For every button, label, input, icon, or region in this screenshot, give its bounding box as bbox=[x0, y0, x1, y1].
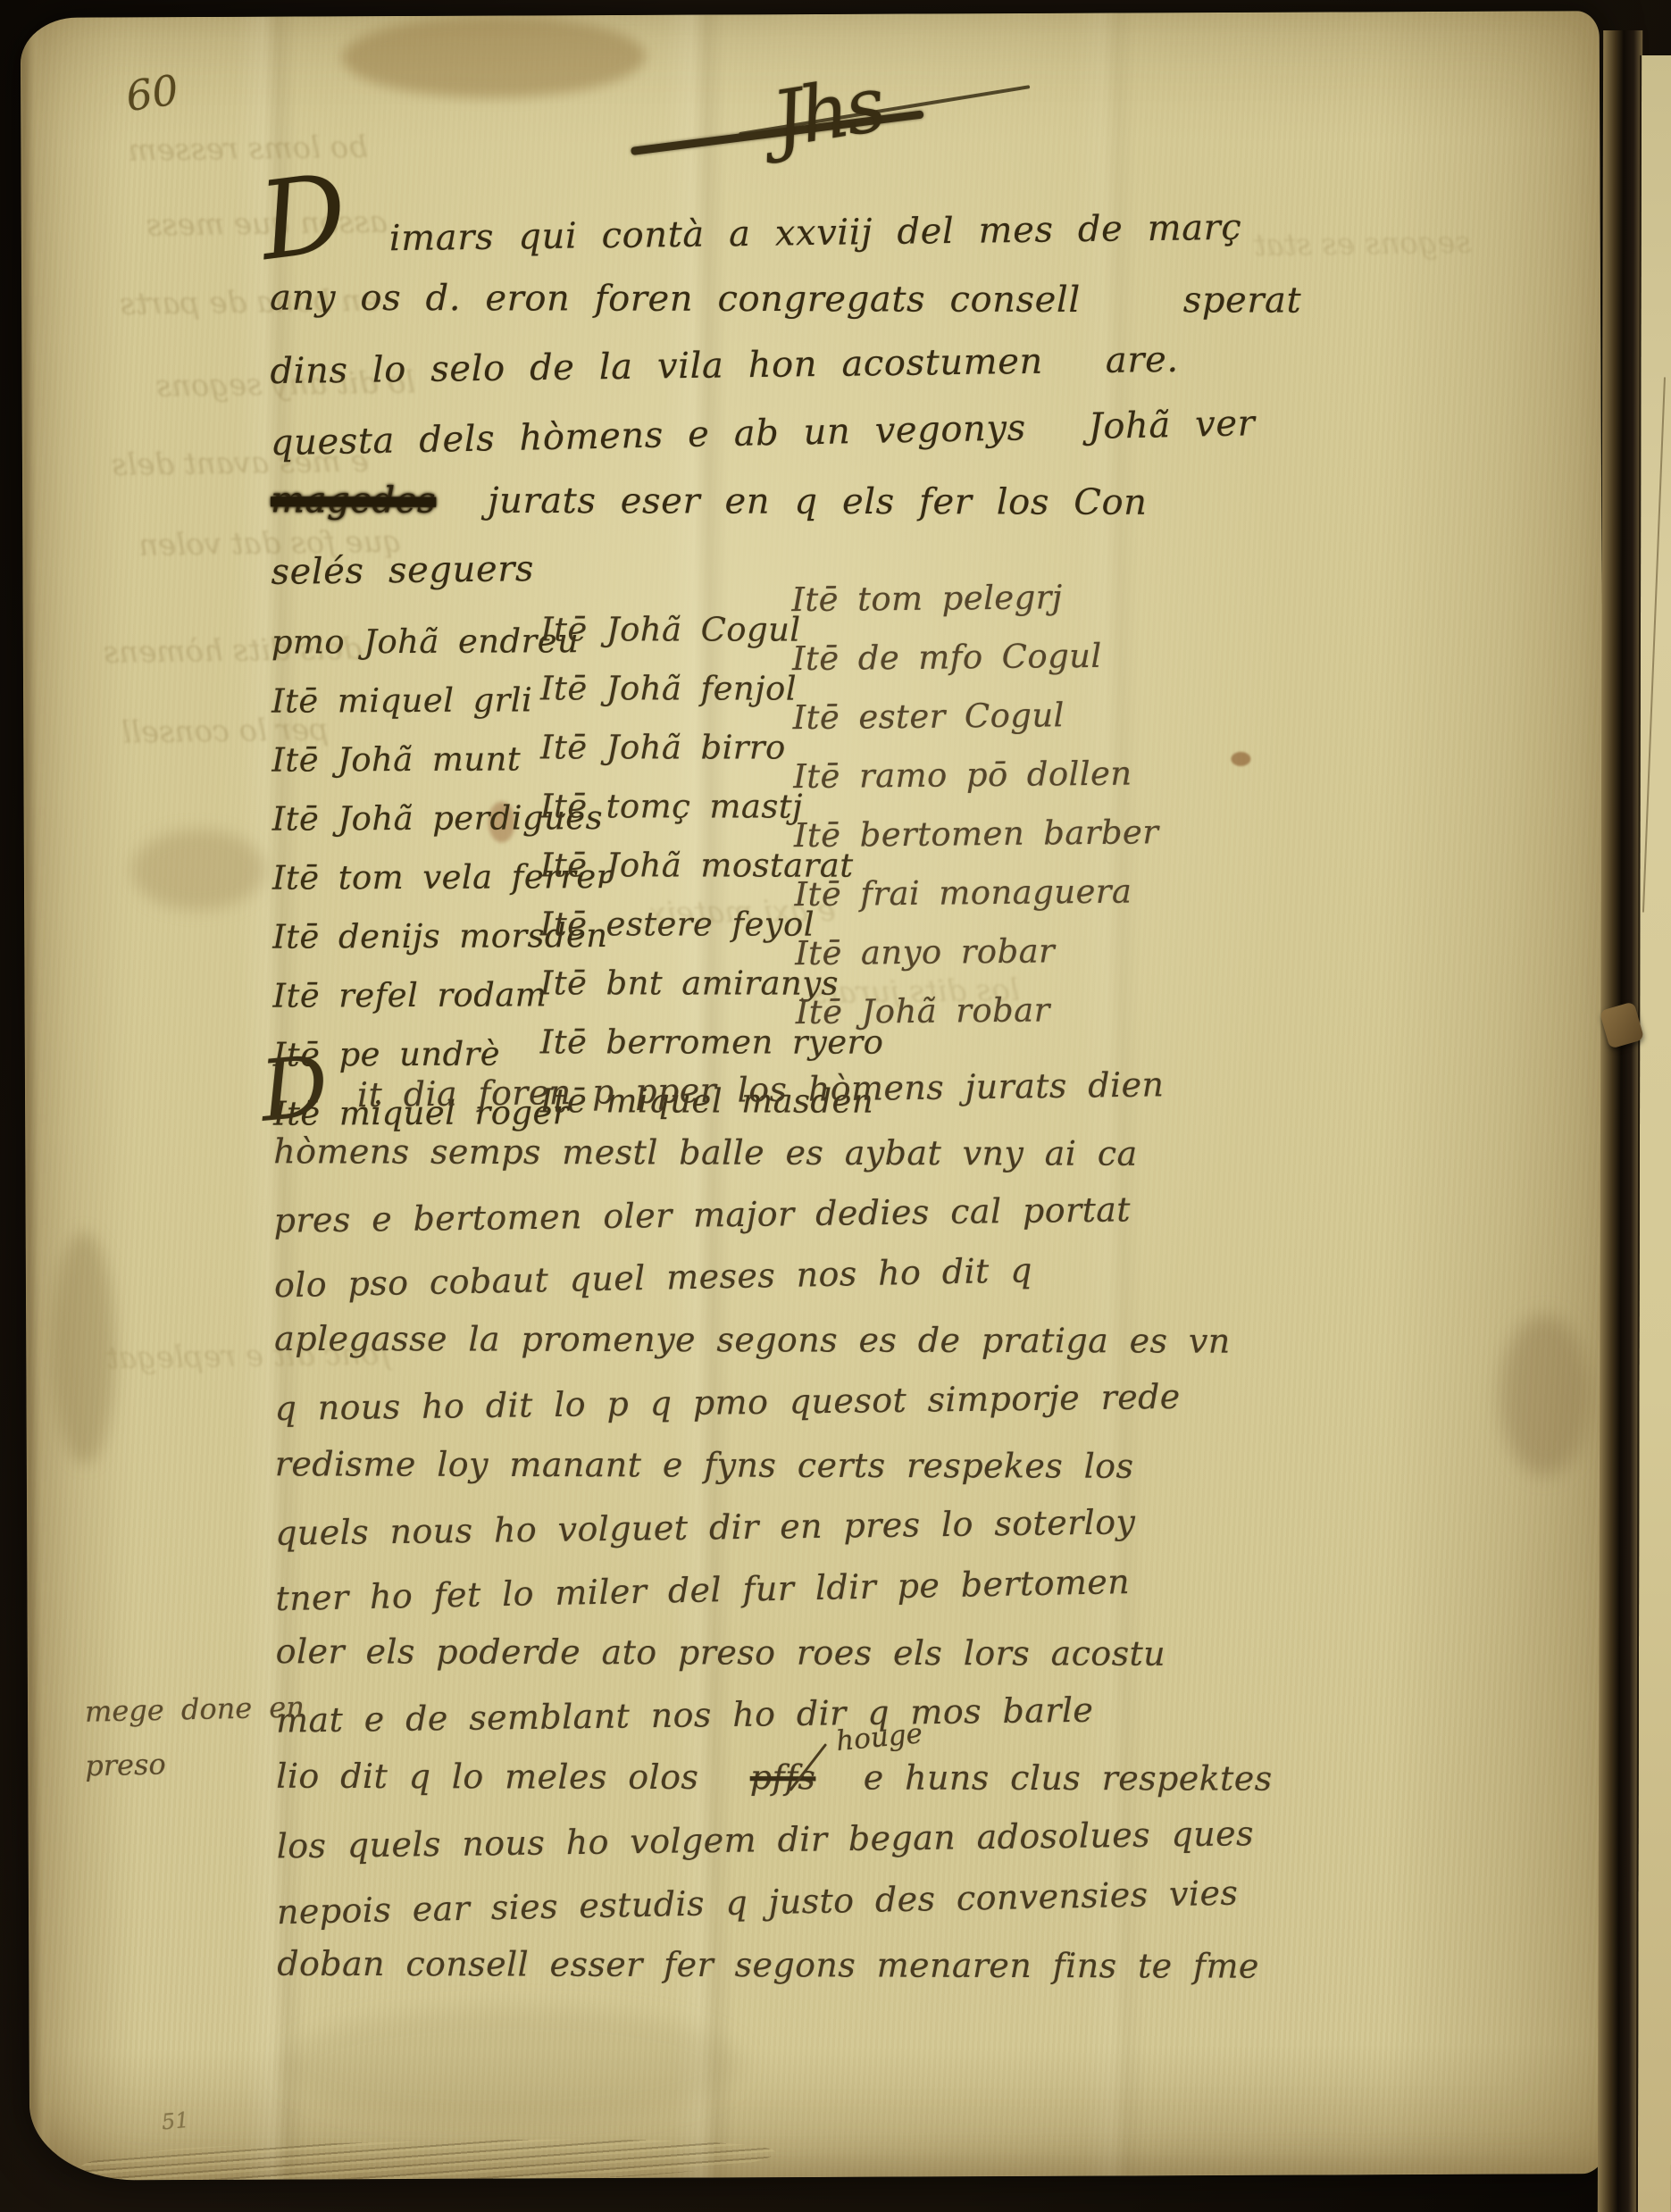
text-run: sperat bbox=[1183, 280, 1302, 321]
text-line: q nous ho dit lo p q pmo quesot simporje… bbox=[274, 1377, 1181, 1428]
list-item: Itē ester Cogul bbox=[792, 685, 1157, 747]
text-run: Johã ver bbox=[1088, 403, 1256, 447]
text-run: are. bbox=[1106, 339, 1179, 381]
stain bbox=[279, 2006, 744, 2124]
paragraph-1: D imars qui contà a xxviij del mes de ma… bbox=[21, 11, 1600, 18]
struck-word: magedes bbox=[271, 480, 436, 521]
list-item: Itē de mfo Cogul bbox=[792, 626, 1157, 689]
text-run: dins lo selo de la vila hon acostumen bbox=[270, 341, 1043, 392]
bottom-mark: 51 bbox=[161, 2108, 190, 2135]
list-item: Itē frai monaguera bbox=[794, 862, 1159, 924]
adjacent-page-edge bbox=[1636, 55, 1671, 2212]
text-line: selés seguers bbox=[271, 548, 534, 593]
list-item: Itē tom pelegrj bbox=[791, 567, 1157, 630]
text-line: mat e de semblant nos ho dir q mos barle bbox=[276, 1690, 1094, 1740]
list-item: Itē ramo pō dollen bbox=[793, 744, 1158, 806]
text-line: imars qui contà a xxviij del mes de març bbox=[389, 207, 1242, 259]
stain bbox=[342, 15, 646, 98]
interlinear-insertion: houge bbox=[835, 1717, 924, 1757]
text-line: quels nous ho volguet dir en pres lo sot… bbox=[275, 1502, 1136, 1553]
paper-crack bbox=[1642, 377, 1666, 913]
council-list: pmo Johã endreu Itē miquel grli Itē Johã… bbox=[21, 11, 1600, 18]
text-line: magedesjurats eser en q els fer los Con bbox=[271, 480, 1148, 523]
stain bbox=[1500, 1315, 1590, 1475]
stain bbox=[1231, 752, 1250, 766]
manuscript-page: bo loms ressem asson que mess en bona de… bbox=[21, 11, 1609, 2181]
deckle-edge bbox=[21, 18, 54, 2181]
manuscript-scan: bo loms ressem asson que mess en bona de… bbox=[0, 0, 1671, 2212]
text-run: e huns clus respektes bbox=[864, 1757, 1273, 1798]
text-line: lio dit q lo meles olos pffs e huns clus… bbox=[276, 1757, 1272, 1799]
list-item: Itē Johã robar bbox=[795, 980, 1160, 1042]
folio-number: 60 bbox=[123, 65, 182, 121]
text-run: any os d. eron foren congregats consell bbox=[270, 278, 1081, 321]
text-line: oler els poderde ato preso roes els lors… bbox=[276, 1632, 1166, 1674]
text-line: any os d. eron foren congregats consells… bbox=[270, 278, 1301, 321]
paragraph-2: D it dia foren p pper los hòmens jurats … bbox=[21, 11, 1600, 18]
stain bbox=[131, 830, 265, 911]
text-line: aplegasse la promenye segons es de prati… bbox=[274, 1319, 1231, 1361]
text-line: pres e bertomen oler major dedies cal po… bbox=[273, 1189, 1131, 1240]
margin-note-line: preso bbox=[85, 1747, 166, 1782]
text-line: olo pso cobaut quel meses nos ho dit q bbox=[274, 1250, 1033, 1305]
invocation-flourish: Jhs bbox=[683, 51, 988, 186]
list-item: Itē anyo robar bbox=[795, 921, 1160, 983]
text-line: dins lo selo de la vila hon acostumenare… bbox=[270, 339, 1179, 392]
margin-note: mege done en preso bbox=[21, 11, 1600, 18]
initial-capital: D bbox=[255, 171, 352, 266]
text-line: redisme loy manant e fyns certs respekes… bbox=[275, 1444, 1134, 1486]
text-line: tner ho fet lo miler del fur ldir pe ber… bbox=[275, 1562, 1130, 1618]
text-line: los quels nous ho volgem dir began adoso… bbox=[276, 1814, 1254, 1866]
page-edge-stack bbox=[79, 2134, 776, 2181]
text-line: doban consell esser fer segons menaren f… bbox=[277, 1944, 1259, 1986]
text-run: lio dit q lo meles olos bbox=[276, 1757, 698, 1797]
bleedthrough-line: segons es stat bbox=[1254, 225, 1472, 264]
text-run: jurats eser en q els fer los Con bbox=[488, 480, 1148, 523]
list-item: Itē bertomen barber bbox=[794, 803, 1159, 865]
text-run: questa dels hòmens e ab un vegonys bbox=[270, 407, 1026, 463]
initial-capital: D bbox=[258, 1053, 331, 1126]
text-line: nepois ear sies estudis q justo des conv… bbox=[277, 1873, 1239, 1932]
text-line: hòmens semps mestl balle es aybat vny ai… bbox=[273, 1131, 1137, 1173]
struck-word: pffs bbox=[750, 1757, 816, 1797]
list-column-3: Itē tom pelegrj Itē de mfo Cogul Itē est… bbox=[791, 567, 1160, 1042]
margin-note-line: mege done en bbox=[85, 1690, 305, 1728]
text-line: questa dels hòmens e ab un vegonysJohã v… bbox=[270, 403, 1255, 463]
invocation-text: Jhs bbox=[766, 60, 888, 165]
